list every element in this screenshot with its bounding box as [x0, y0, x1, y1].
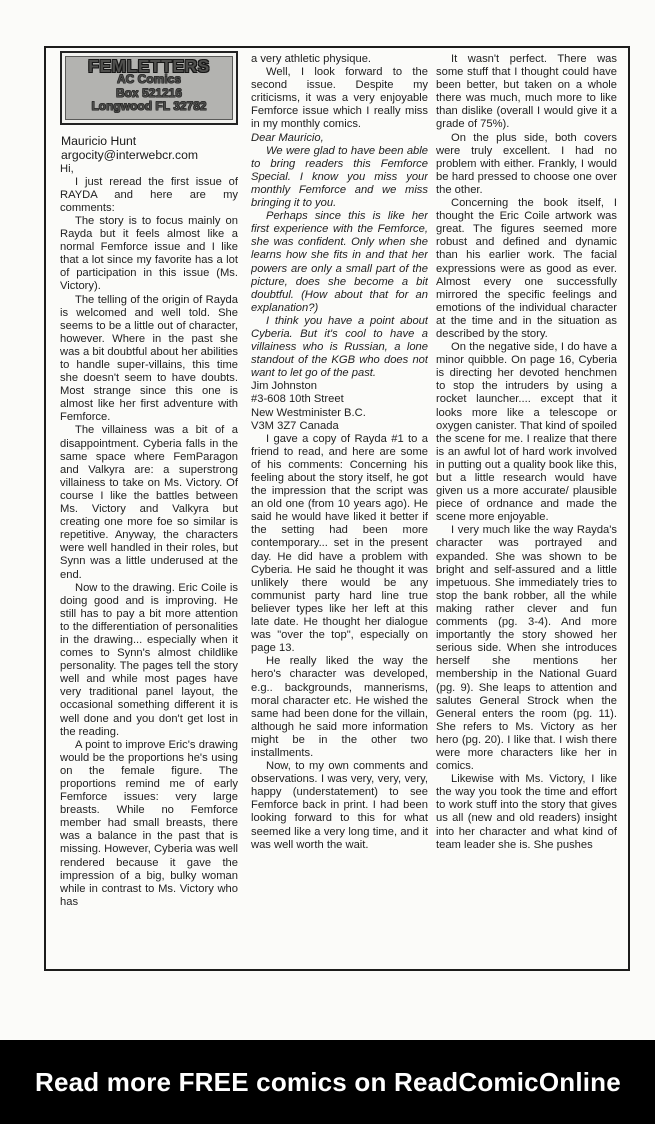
paragraph: On the negative side, I do have a minor … [436, 341, 617, 524]
femletters-logo-box: FEMLETTERS AC Comics Box 521216 Longwood… [60, 51, 238, 125]
paragraph: I just reread the first issue of RAYDA a… [60, 176, 238, 215]
paragraph: A point to improve Eric's drawing would … [60, 739, 238, 909]
paragraph: I think you have a point about Cyberia. … [251, 315, 428, 380]
paragraph: Concerning the book itself, I thought th… [436, 197, 617, 341]
paragraph: Jim Johnston [251, 380, 428, 393]
paragraph: Now, to my own comments and observations… [251, 760, 428, 852]
sender-name: Mauricio Hunt [61, 134, 238, 149]
paragraph: I gave a copy of Rayda #1 to a friend to… [251, 433, 428, 656]
paragraph: The telling of the origin of Rayda is we… [60, 294, 238, 425]
sender-block: Mauricio Hunt argocity@interwebcr.com [61, 134, 238, 163]
paragraph: #3-608 10th Street [251, 393, 428, 406]
paragraph: Likewise with Ms. Victory, I like the wa… [436, 773, 617, 852]
watermark-text: Read more FREE comics on ReadComicOnline [35, 1067, 621, 1098]
scanned-letters-page: FEMLETTERS AC Comics Box 521216 Longwood… [0, 0, 655, 1124]
paragraph: Now to the drawing. Eric Coile is doing … [60, 582, 238, 739]
paragraph: He really liked the way the hero's chara… [251, 655, 428, 760]
paragraph: On the plus side, both covers were truly… [436, 132, 617, 197]
paragraph: The story is to focus mainly on Rayda bu… [60, 215, 238, 294]
paragraph: V3M 3Z7 Canada [251, 420, 428, 433]
paragraph: Perhaps since this is like her first exp… [251, 210, 428, 315]
letter-column-3: It wasn't perfect. There was some stuff … [436, 53, 617, 959]
paragraph: It wasn't perfect. There was some stuff … [436, 53, 617, 132]
paragraph: a very athletic physique. [251, 53, 428, 66]
letter-column-2: a very athletic physique.Well, I look fo… [251, 53, 428, 959]
paragraph: I very much like the way Rayda's charact… [436, 524, 617, 773]
paragraph: Well, I look forward to the second issue… [251, 66, 428, 131]
column-1-text: Hi,I just reread the first issue of RAYD… [60, 163, 238, 909]
paragraph: Hi, [60, 163, 238, 176]
paragraph: New Westminister B.C. [251, 407, 428, 420]
watermark-banner: Read more FREE comics on ReadComicOnline [0, 1040, 655, 1124]
publisher-po-box: Box 521216 [68, 87, 230, 101]
femletters-logo-panel: FEMLETTERS AC Comics Box 521216 Longwood… [65, 56, 233, 120]
paragraph: We were glad to have been able to bring … [251, 145, 428, 210]
publisher-city-state-zip: Longwood FL 32782 [68, 100, 230, 114]
paragraph: The villainess was a bit of a disappoint… [60, 424, 238, 581]
letter-column-1: FEMLETTERS AC Comics Box 521216 Longwood… [60, 51, 238, 961]
sender-email: argocity@interwebcr.com [61, 148, 238, 163]
paragraph: Dear Mauricio, [251, 132, 428, 145]
